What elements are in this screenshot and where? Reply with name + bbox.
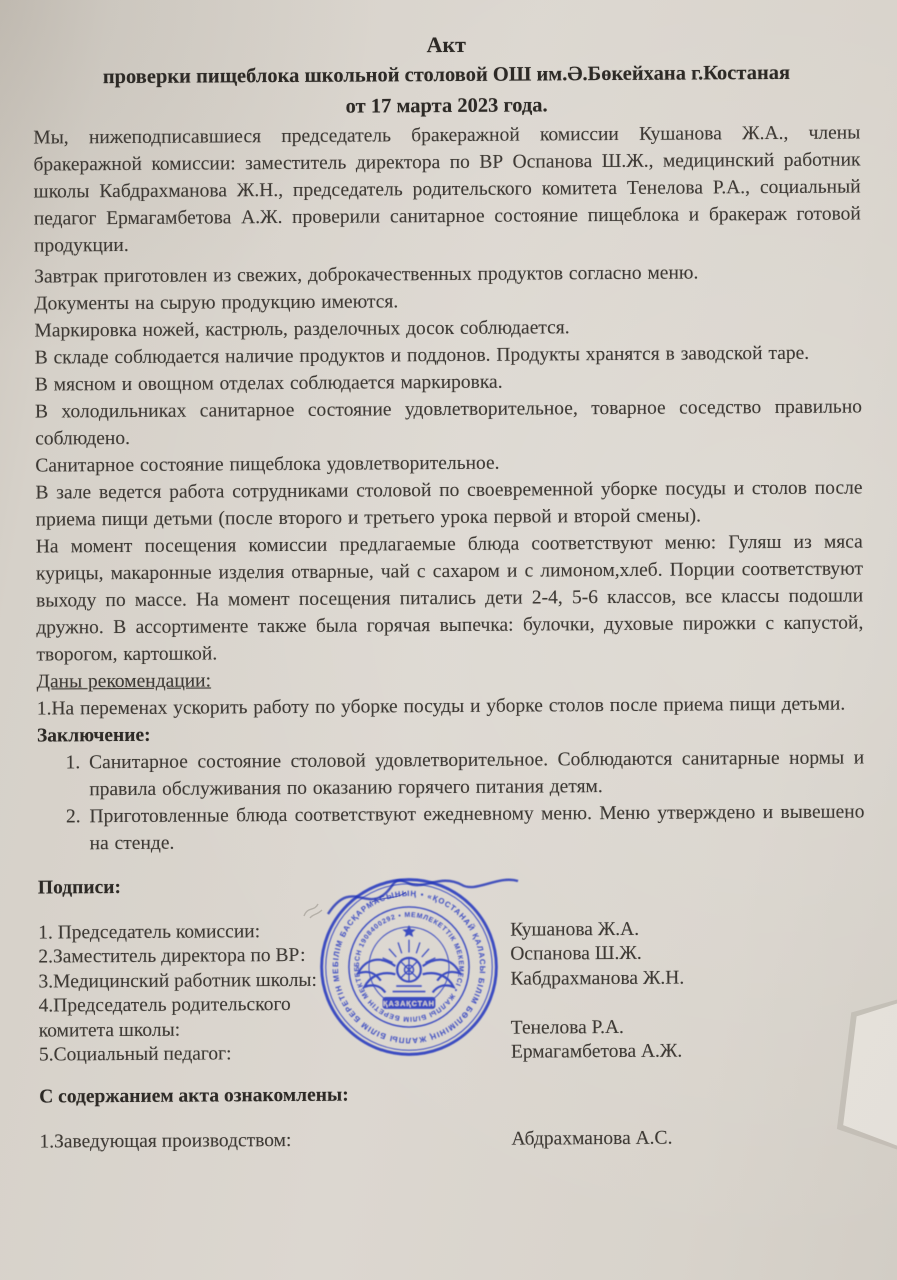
acknowledgement-row-label: 1.Заведующая производством:: [39, 1127, 511, 1154]
doc-title-line-3: от 17 марта 2023 года.: [33, 88, 860, 124]
intro-paragraph: Мы, нижеподписавшиеся председатель браке…: [33, 119, 861, 259]
observation-line: В складе соблюдается наличие продуктов и…: [35, 339, 862, 371]
signature-row-name: Кабдрахманова Ж.Н.: [510, 965, 865, 992]
acknowledgement-block: 1.Заведующая производством:Абдрахманова …: [39, 1125, 866, 1155]
kazakhstan-emblem: ҚАЗАҚСТАН: [358, 925, 460, 1009]
conclusion-item: Санитарное состояние столовой удовлетвор…: [86, 744, 864, 803]
stamp-center-banner: ҚАЗАҚСТАН: [383, 999, 435, 1008]
pencil-mark: [300, 900, 326, 922]
signature-row-name: Кушанова Ж.А.: [510, 916, 865, 943]
observations-block: Завтрак приготовлен из свежих, доброкаче…: [34, 258, 863, 668]
signature-row-name: Ермагамбетова А.Ж.: [511, 1039, 866, 1066]
acknowledgement-heading: С содержанием акта ознакомлены:: [39, 1080, 866, 1111]
photographed-document: Акт проверки пищеблока школьной столовой…: [0, 0, 897, 1280]
observation-line: На момент посещения комиссии предлагаемы…: [36, 528, 864, 668]
observation-line: В холодильниках санитарное состояние удо…: [35, 393, 862, 452]
conclusion-item: Приготовленные блюда соответствуют ежедн…: [86, 798, 864, 857]
doc-title-line-2: проверки пищеблока школьной столовой ОШ …: [33, 57, 860, 93]
handwritten-signature: [312, 862, 532, 932]
observation-line: В зале ведется работа сотрудниками столо…: [35, 474, 862, 533]
acknowledgement-row: 1.Заведующая производством:Абдрахманова …: [39, 1125, 866, 1155]
acknowledgement-row-name: Абдрахманова А.С.: [511, 1125, 866, 1152]
recommendation-line: 1.На переменах ускорить работу по уборке…: [37, 690, 864, 722]
signature-row-name: Тенелова Р.А.: [511, 1014, 866, 1041]
conclusion-list: Санитарное состояние столовой удовлетвор…: [37, 744, 865, 857]
signature-row-name: Оспанова Ш.Ж.: [510, 941, 865, 968]
